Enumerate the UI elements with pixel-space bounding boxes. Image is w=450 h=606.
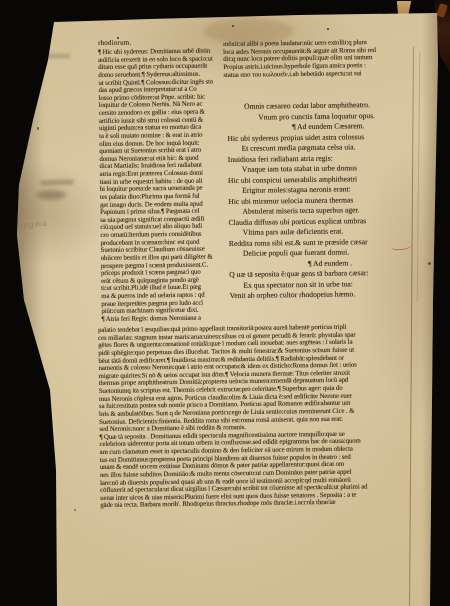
left-column: ¶ Hic ubi sydereus: Domitianus urbē dist… <box>98 47 234 323</box>
text-line: ¶ Atria feri Regis: domus Neroniana a <box>101 314 233 323</box>
verse-block: Omnis cæsareo cedat labor amphitheatro.V… <box>227 99 438 301</box>
full-width-commentary: palatio tendebat ī æsquilias:quā primo a… <box>98 323 430 510</box>
ink-smudge <box>36 190 66 200</box>
text-line: statua απο του κωλουεῖν.i.ab hebetādo as… <box>223 69 437 80</box>
wormhole-dot <box>37 127 39 130</box>
wormhole-dot <box>74 509 76 511</box>
margin-pen-mark <box>44 54 70 58</box>
margin-pen-mark <box>40 179 74 185</box>
wormhole-dot <box>327 28 329 30</box>
page-left-edge-shadow <box>14 72 44 492</box>
running-note: rhodiorum. <box>98 39 131 47</box>
book-page: pegma rhodiorum. ¶ Hic ubi sydereus: Dom… <box>14 12 450 606</box>
wormhole-dot <box>232 25 234 27</box>
right-column-commentary: mōxit:ut alibi a poeta laudatur:nūc uero… <box>223 38 437 79</box>
photo-of-book: { "document": { "kind": "incunabulum-pag… <box>0 0 450 606</box>
text-line: Venit ab orpheo cultor rhodopeius hæmo. <box>229 288 437 301</box>
